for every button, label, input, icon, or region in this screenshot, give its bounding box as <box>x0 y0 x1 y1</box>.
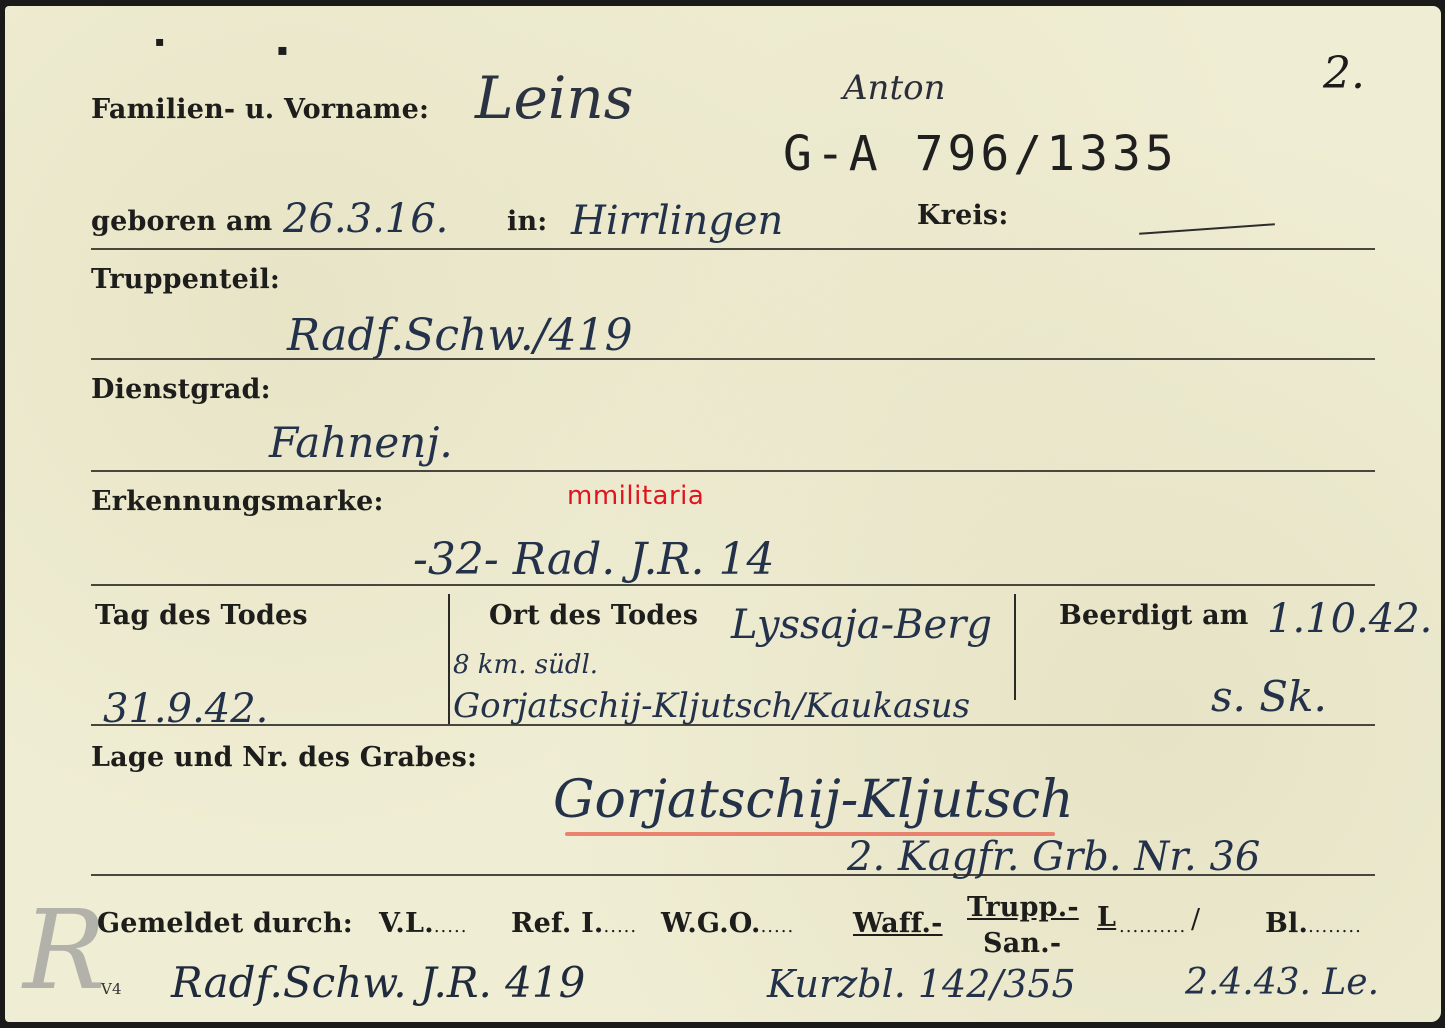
death-place-line1: Lyssaja-Berg <box>731 602 992 648</box>
reported-vl: V.L...... <box>379 908 467 939</box>
pencil-margin-mark: R <box>23 886 106 1014</box>
buried-date-value: 1.10.42. <box>1267 596 1432 642</box>
reported-ref: Ref. I...... <box>511 908 637 939</box>
reported-l-dots: .......... <box>1119 908 1186 939</box>
reported-wgo: W.G.O...... <box>661 908 794 939</box>
unit-label: Truppenteil: <box>91 264 280 295</box>
district-label: Kreis: <box>917 200 1009 231</box>
rule-birth <box>91 248 1375 250</box>
wgo-text: W.G.O. <box>661 908 761 939</box>
reported-value-left: Radf.Schw. J.R. 419 <box>171 958 585 1007</box>
reported-value-mid: Kurzbl. 142/355 <box>767 962 1076 1006</box>
rule-rank <box>91 470 1375 472</box>
buried-note-value: s. Sk. <box>1211 672 1327 721</box>
death-place-label: Ort des Todes <box>489 600 698 631</box>
punch-mark: ▪ <box>155 34 165 50</box>
reported-value-right: 2.4.43. Le. <box>1185 962 1379 1003</box>
birth-date-value: 26.3.16. <box>283 196 448 242</box>
watermark: mmilitaria <box>567 481 704 511</box>
death-record-card: ▪ ▪ 2. Familien- u. Vorname: Leins Anton… <box>5 6 1441 1022</box>
death-day-label: Tag des Todes <box>95 600 308 631</box>
surname-value: Leins <box>475 64 634 132</box>
death-place-line3: Gorjatschij-Kljutsch/Kaukasus <box>453 686 970 726</box>
ref-text: Ref. I. <box>511 908 604 939</box>
id-tag-value: -32- Rad. J.R. 14 <box>413 534 775 585</box>
birth-place-value: Hirrlingen <box>571 198 783 244</box>
buried-label: Beerdigt am <box>1059 600 1249 631</box>
reported-san: San.- <box>983 928 1061 959</box>
rule-id-tag <box>91 584 1375 586</box>
corner-mark: 2. <box>1323 48 1365 99</box>
bl-text: Bl. <box>1265 908 1308 939</box>
grave-label: Lage und Nr. des Grabes: <box>91 742 477 773</box>
reported-trupp: Trupp.- <box>967 892 1079 923</box>
reported-bl: Bl......... <box>1265 908 1362 939</box>
reported-waff: Waff.- <box>853 908 943 939</box>
death-divider-left <box>448 594 450 724</box>
rule-death <box>91 724 1375 726</box>
district-dash <box>1139 223 1275 234</box>
death-divider-right <box>1014 594 1016 700</box>
rank-label: Dienstgrad: <box>91 374 271 405</box>
first-name-value: Anton <box>843 68 945 108</box>
punch-mark: ▪ <box>277 40 288 59</box>
stamp-number: G-A 796/1335 <box>783 126 1178 182</box>
rule-grave <box>91 874 1375 876</box>
reported-slash: / <box>1191 904 1200 935</box>
reported-l-mark: L <box>1097 902 1116 933</box>
unit-value: Radf.Schw./419 <box>287 310 633 361</box>
birth-date-label: geboren am <box>91 206 272 237</box>
birth-place-label: in: <box>507 206 547 237</box>
reported-label: Gemeldet durch: <box>97 908 353 939</box>
id-tag-label: Erkennungsmarke: <box>91 486 384 517</box>
name-label: Familien- u. Vorname: <box>91 94 429 125</box>
vl-text: V.L. <box>379 908 434 939</box>
form-code: V4 <box>101 980 122 998</box>
grave-location-value: Gorjatschij-Kljutsch <box>553 770 1074 830</box>
death-place-line2: 8 km. südl. <box>453 650 598 680</box>
rule-unit <box>91 358 1375 360</box>
rank-value: Fahnenj. <box>269 418 453 467</box>
